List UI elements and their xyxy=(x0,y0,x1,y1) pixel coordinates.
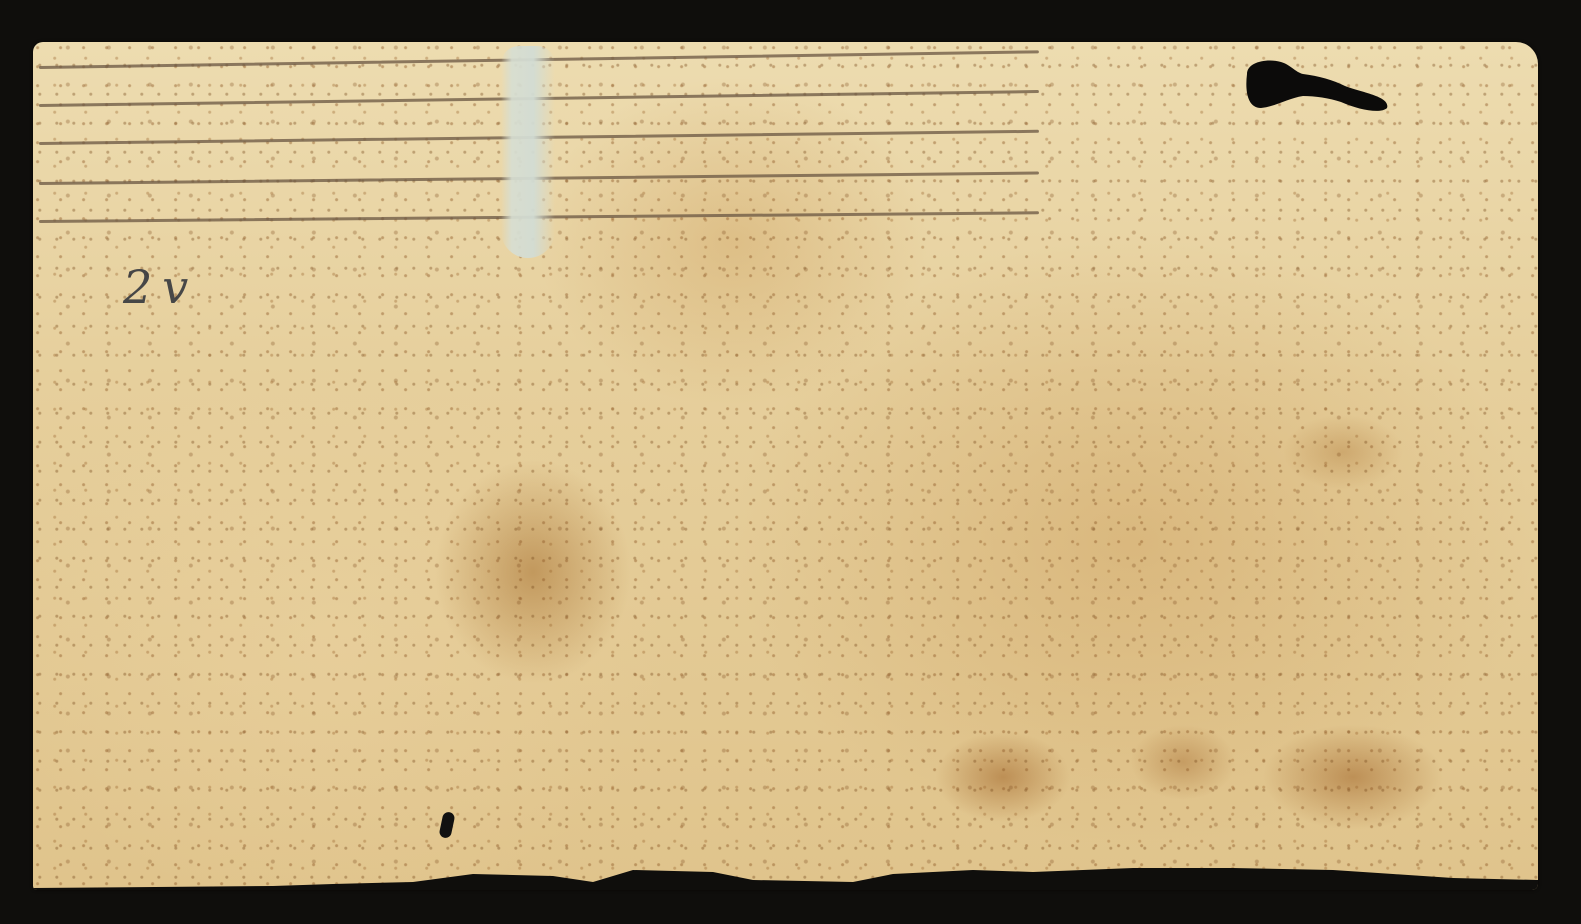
folio-annotation: 2v xyxy=(123,260,198,314)
repair-tape-strip xyxy=(501,46,555,258)
photograph-scene: 2v xyxy=(0,0,1581,924)
torn-bottom-edge xyxy=(33,860,1538,890)
paper-hole xyxy=(1241,56,1391,112)
manuscript-leaf: 2v xyxy=(33,42,1538,890)
paper-nick xyxy=(438,811,455,839)
